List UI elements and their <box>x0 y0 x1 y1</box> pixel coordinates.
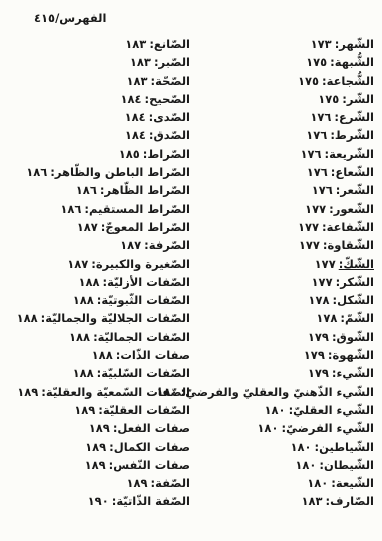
entry-term: الشّقاوة: <box>323 238 374 252</box>
index-entry: الصّفات العقليّة:١٨٩ <box>10 401 190 419</box>
index-entry: الشّيء الذّهنيّ والعقليّ والفرضيّ:١٨٠ <box>228 383 374 401</box>
index-entry: الصّراط الظّاهر:١٨٦ <box>10 181 190 199</box>
index-entry: الصّدق:١٨٤ <box>10 126 190 144</box>
index-entry: صفات الكمال:١٨٩ <box>10 438 190 456</box>
entry-page-number: ١٨٨ <box>73 293 94 307</box>
index-entry: الصّفات الأزليّة:١٨٨ <box>10 273 190 291</box>
entry-page-number: ١٧٨ <box>308 293 329 307</box>
index-entry: الشّقاوة:١٧٧ <box>228 236 374 254</box>
entry-page-number: ١٧٧ <box>315 257 336 271</box>
entry-term: الصّفات الجلاليّة والجماليّة: <box>41 311 190 325</box>
entry-term: الشّر: <box>342 92 374 106</box>
index-entry: الشّياطين:١٨٠ <box>228 438 374 456</box>
index-entry: صفات النّفس:١٨٩ <box>10 456 190 474</box>
entry-page-number: ١٧٥ <box>306 55 327 69</box>
entry-page-number: ١٧٦ <box>310 110 331 124</box>
entry-term: الشّكّ: <box>339 257 374 271</box>
index-entry: الشّيطان:١٨٠ <box>228 456 374 474</box>
index-entry: الصّانع:١٨٣ <box>10 35 190 53</box>
entry-page-number: ١٨٦ <box>76 183 97 197</box>
entry-page-number: ١٨٧ <box>77 220 98 234</box>
index-entry: الشّر:١٧٥ <box>228 90 374 108</box>
entry-page-number: ١٨٠ <box>290 440 311 454</box>
index-entry: صفات الذّات:١٨٨ <box>10 346 190 364</box>
entry-term: الصّفات السّمعيّة والعقليّة: <box>41 385 190 399</box>
index-entry: الصّحيح:١٨٤ <box>10 90 190 108</box>
index-entry: الشّهوة:١٧٩ <box>228 346 374 364</box>
index-entry: الصّفة:١٨٩ <box>10 474 190 492</box>
entry-page-number: ١٧٧ <box>298 220 319 234</box>
scanned-index-page: الفهرس/٤١٥ الشّهر:١٧٣ الشُّبهة:١٧٥ الشُّ… <box>0 0 382 541</box>
index-entry: الصّدى:١٨٤ <box>10 108 190 126</box>
entry-term: الشُّبهة: <box>330 55 374 69</box>
entry-page-number: ١٨٩ <box>74 403 95 417</box>
index-columns: الشّهر:١٧٣ الشُّبهة:١٧٥ الشُّجاعة:١٧٥ ال… <box>10 35 374 511</box>
entry-term: الشّهوة: <box>328 348 374 362</box>
entry-term: الشّعور: <box>329 202 374 216</box>
entry-term: الشّعر: <box>336 183 374 197</box>
entry-page-number: ١٩٠ <box>88 494 109 508</box>
entry-page-number: ١٨٨ <box>73 366 94 380</box>
entry-page-number: ١٨٩ <box>17 385 38 399</box>
entry-page-number: ١٧٧ <box>312 275 333 289</box>
entry-term: الصّراط المعوجّ: <box>101 220 190 234</box>
entry-page-number: ١٨٨ <box>69 330 90 344</box>
entry-term: صفات الفعل: <box>113 421 190 435</box>
index-entry: الصّراط:١٨٥ <box>10 145 190 163</box>
entry-term: الصّغيرة والكبيرة: <box>91 257 190 271</box>
index-entry: الشّمّ:١٧٨ <box>228 309 374 327</box>
entry-term: الصّارف: <box>326 494 375 508</box>
entry-page-number: ١٨٠ <box>295 458 316 472</box>
entry-term: الشّكر: <box>336 275 374 289</box>
entry-page-number: ١٨٨ <box>78 275 99 289</box>
index-column-shin: الشّهر:١٧٣ الشُّبهة:١٧٥ الشُّجاعة:١٧٥ ال… <box>228 35 374 511</box>
index-entry: الصّفات الجلاليّة والجماليّة:١٨٨ <box>10 309 190 327</box>
entry-page-number: ١٧٦ <box>307 165 328 179</box>
entry-page-number: ١٧٦ <box>300 147 321 161</box>
index-entry: الشّرط:١٧٦ <box>228 126 374 144</box>
index-entry: الصّراط المعوجّ:١٨٧ <box>10 218 190 236</box>
entry-term: الشّيعة: <box>331 476 374 490</box>
entry-term: الشّيء الفرضيّ: <box>281 421 374 435</box>
entry-page-number: ١٨٩ <box>126 476 147 490</box>
index-entry: الصّفات الثّبوتيّة:١٨٨ <box>10 291 190 309</box>
entry-term: الصّراط الباطن والظّاهر: <box>50 165 190 179</box>
index-column-sad: الصّانع:١٨٣ الصّبر:١٨٣ الصّحّة:١٨٣ الصّح… <box>10 35 190 511</box>
entry-page-number: ١٨٣ <box>301 494 322 508</box>
entry-page-number: ١٨٩ <box>89 421 110 435</box>
entry-term: الشّرع: <box>334 110 374 124</box>
entry-term: الصّفات السّلبيّة: <box>97 366 190 380</box>
entry-page-number: ١٧٨ <box>316 311 337 325</box>
entry-term: الشّرط: <box>330 128 374 142</box>
entry-page-number: ١٨٦ <box>60 202 81 216</box>
index-entry: الصّراط المستقيم:١٨٦ <box>10 200 190 218</box>
entry-term: الصّفة الذّاتيّة: <box>112 494 190 508</box>
entry-page-number: ١٨٣ <box>126 74 147 88</box>
index-entry: صفات الفعل:١٨٩ <box>10 419 190 437</box>
index-entry: الشّيء الفرضيّ:١٨٠ <box>228 419 374 437</box>
entry-term: الشّيء العقليّ: <box>289 403 374 417</box>
entry-term: الصّفات الأزليّة: <box>103 275 190 289</box>
entry-page-number: ١٨٤ <box>120 92 141 106</box>
entry-term: الشّريعة: <box>325 147 375 161</box>
entry-page-number: ١٨٥ <box>119 147 140 161</box>
entry-page-number: ١٨٠ <box>257 421 278 435</box>
entry-term: الصّراط: <box>143 147 190 161</box>
entry-page-number: ١٨٨ <box>17 311 38 325</box>
index-entry: الشّعاع:١٧٦ <box>228 163 374 181</box>
entry-page-number: ١٨٣ <box>130 55 151 69</box>
entry-page-number: ١٨٧ <box>67 257 88 271</box>
entry-page-number: ١٨٤ <box>125 128 146 142</box>
entry-term: الصّراط الظّاهر: <box>100 183 190 197</box>
index-entry: الشّرع:١٧٦ <box>228 108 374 126</box>
entry-page-number: ١٧٣ <box>311 37 332 51</box>
entry-term: الصّدى: <box>149 110 190 124</box>
index-entry: الشّيء:١٧٩ <box>228 364 374 382</box>
index-entry: الشّهر:١٧٣ <box>228 35 374 53</box>
entry-term: الشُّجاعة: <box>322 74 374 88</box>
index-entry: الشّفاعة:١٧٧ <box>228 218 374 236</box>
index-entry: الشّكّ:١٧٧ <box>228 255 374 273</box>
index-entry: الصّفات السّلبيّة:١٨٨ <box>10 364 190 382</box>
entry-term: الشّفاعة: <box>322 220 374 234</box>
index-entry: الصّرفة:١٨٧ <box>10 236 190 254</box>
entry-page-number: ١٧٦ <box>312 183 333 197</box>
entry-term: الصّفات الثّبوتيّة: <box>97 293 190 307</box>
index-entry: الصّغيرة والكبيرة:١٨٧ <box>10 255 190 273</box>
index-entry: الصّبر:١٨٣ <box>10 53 190 71</box>
index-entry: الصّفات الجماليّة:١٨٨ <box>10 328 190 346</box>
entry-term: الصّحّة: <box>151 74 190 88</box>
entry-term: الشّمّ: <box>340 311 374 325</box>
entry-term: الصّبر: <box>154 55 190 69</box>
entry-page-number: ١٨٣ <box>125 37 146 51</box>
entry-page-number: ١٧٥ <box>298 74 319 88</box>
index-entry: الصّفات السّمعيّة والعقليّة:١٨٩ <box>10 383 190 401</box>
entry-term: الشّكل: <box>332 293 374 307</box>
entry-page-number: ١٧٦ <box>306 128 327 142</box>
entry-page-number: ١٧٧ <box>305 202 326 216</box>
entry-term: الصّانع: <box>149 37 190 51</box>
entry-page-number: ١٧٧ <box>299 238 320 252</box>
index-entry: الشّكر:١٧٧ <box>228 273 374 291</box>
entry-term: صفات الكمال: <box>109 440 190 454</box>
index-entry: الصّراط الباطن والظّاهر:١٨٦ <box>10 163 190 181</box>
entry-page-number: ١٨٨ <box>92 348 113 362</box>
entry-term: الشّياطين: <box>315 440 374 454</box>
entry-term: الصّفة: <box>151 476 190 490</box>
entry-page-number: ١٨٩ <box>85 440 106 454</box>
entry-page-number: ١٨٠ <box>265 403 286 417</box>
index-entry: الشّيء العقليّ:١٨٠ <box>228 401 374 419</box>
entry-term: الصّراط المستقيم: <box>84 202 190 216</box>
index-entry: الشّعر:١٧٦ <box>228 181 374 199</box>
index-entry: الشّعور:١٧٧ <box>228 200 374 218</box>
entry-term: الصّدق: <box>149 128 190 142</box>
entry-page-number: ١٨٩ <box>85 458 106 472</box>
entry-term: صفات الذّات: <box>116 348 190 362</box>
index-entry: الصّارف:١٨٣ <box>228 492 374 510</box>
entry-term: الصّفات العقليّة: <box>98 403 190 417</box>
entry-term: الشّيء: <box>332 366 374 380</box>
entry-page-number: ١٨٧ <box>120 238 141 252</box>
index-entry: الشُّجاعة:١٧٥ <box>228 72 374 90</box>
entry-term: الصّحيح: <box>145 92 190 106</box>
entry-term: الصّفات الجماليّة: <box>93 330 190 344</box>
entry-term: الشّعاع: <box>331 165 374 179</box>
entry-page-number: ١٧٩ <box>308 330 329 344</box>
entry-term: الصّرفة: <box>144 238 190 252</box>
index-entry: الشّريعة:١٧٦ <box>228 145 374 163</box>
header-title: الفهرس/٤١٥ <box>34 11 106 25</box>
index-entry: الشّيعة:١٨٠ <box>228 474 374 492</box>
entry-page-number: ١٧٩ <box>304 348 325 362</box>
page-header: الفهرس/٤١٥ <box>34 11 106 25</box>
index-entry: الشّوق:١٧٩ <box>228 328 374 346</box>
index-entry: الصّحّة:١٨٣ <box>10 72 190 90</box>
entry-page-number: ١٨٦ <box>26 165 47 179</box>
entry-term: الشّوق: <box>332 330 374 344</box>
entry-term: صفات النّفس: <box>109 458 190 472</box>
entry-page-number: ١٧٩ <box>308 366 329 380</box>
index-entry: الشُّبهة:١٧٥ <box>228 53 374 71</box>
entry-page-number: ١٨٤ <box>125 110 146 124</box>
index-entry: الشّكل:١٧٨ <box>228 291 374 309</box>
entry-term: الشّيطان: <box>319 458 374 472</box>
entry-page-number: ١٨٠ <box>307 476 328 490</box>
entry-term: الشّهر: <box>335 37 374 51</box>
index-entry: الصّفة الذّاتيّة:١٩٠ <box>10 492 190 510</box>
entry-term: الشّيء الذّهنيّ والعقليّ والفرضيّ: <box>181 385 374 399</box>
entry-page-number: ١٧٥ <box>318 92 339 106</box>
